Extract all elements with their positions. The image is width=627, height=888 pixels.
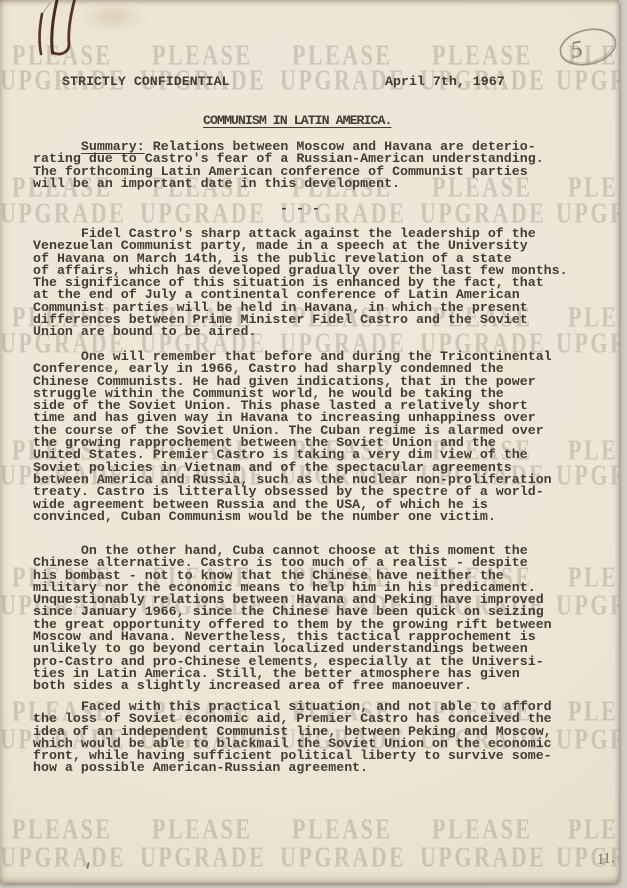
summary-lines: rating due to Castro's fear of a Russian… xyxy=(33,153,544,190)
circled-page-number: 5 xyxy=(554,21,619,73)
typewritten-text-layer: STRICTLY CONFIDENTIAL April 7th, 1967 CO… xyxy=(0,0,619,883)
paragraph-1: Fidel Castro's sharp attack against the … xyxy=(33,228,568,339)
section-separator: - - - xyxy=(280,203,320,215)
handwritten-page-number: 11. xyxy=(596,850,616,869)
date-label: April 7th, 1967 xyxy=(385,76,505,88)
ink-mark-icon xyxy=(30,0,92,63)
document-title: COMMUNISM IN LATIN AMERICA. xyxy=(203,115,391,127)
paragraph-4: Faced with this practical situation, and… xyxy=(33,701,552,775)
text-line: will be an important date in this develo… xyxy=(33,178,544,190)
text-line: convinced, Cuban Communism would be the … xyxy=(33,511,552,523)
paragraph-3: On the other hand, Cuba cannot choose at… xyxy=(33,545,552,693)
text-line: how a possible American-Russian agreemen… xyxy=(33,762,552,774)
document-page: PLEASEPLEASEPLEASEPLEASEPLEASEUPGRADEUPG… xyxy=(0,0,619,883)
text-line: Union are bound to be aired. xyxy=(33,326,568,338)
text-line: both sides a slightly increased area of … xyxy=(33,680,552,692)
classification-label: STRICTLY CONFIDENTIAL xyxy=(62,76,230,88)
paragraph-2: One will remember that before and during… xyxy=(33,351,552,523)
page-number-value: 5 xyxy=(569,36,585,64)
scanned-document-screenshot: { "watermark": { "word_top": "PLEASE", "… xyxy=(0,0,627,888)
summary-paragraph: Summary: Relations between Moscow and Ha… xyxy=(33,141,544,190)
